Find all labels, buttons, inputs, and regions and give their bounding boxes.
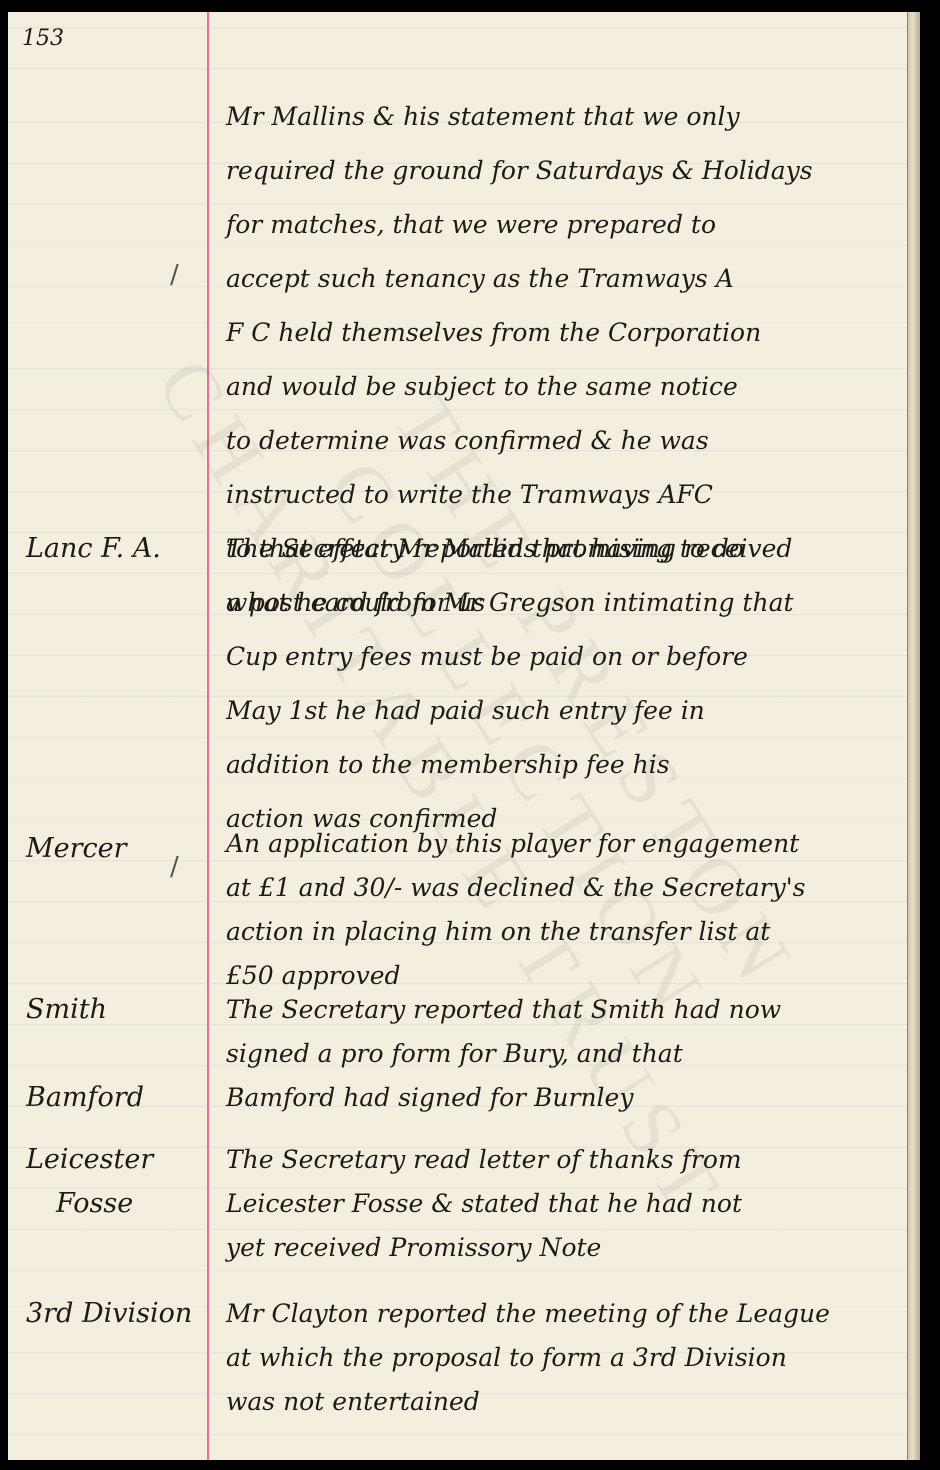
text-line: An application by this player for engage… bbox=[226, 822, 906, 866]
text-line: for matches, that we were prepared to bbox=[226, 198, 906, 252]
text-line: The Secretary read letter of thanks from bbox=[226, 1138, 906, 1182]
text-line: and would be subject to the same notice bbox=[226, 360, 906, 414]
text-line: Bamford had signed for Burnley bbox=[226, 1076, 906, 1120]
margin-heading: Lanc F. A. bbox=[26, 522, 196, 576]
text-line: F C held themselves from the Corporation bbox=[226, 306, 906, 360]
entry-body: Mr Clayton reported the meeting of the L… bbox=[226, 1292, 906, 1424]
text-line: The Secretary reported that Smith had no… bbox=[226, 988, 906, 1032]
text-line: yet received Promissory Note bbox=[226, 1226, 906, 1270]
entry-body: The Secretary reported that having recei… bbox=[226, 522, 906, 846]
margin-heading: Leicester Fosse bbox=[26, 1138, 196, 1226]
text-line: The Secretary reported that having recei… bbox=[226, 522, 906, 576]
margin-heading: Smith Bamford bbox=[26, 988, 196, 1120]
spacer bbox=[26, 1032, 196, 1076]
book-spine-edge bbox=[907, 12, 920, 1460]
ledger-page: THE PRESTON COLLECTION CHARITABLE TRUST … bbox=[8, 12, 920, 1460]
text-line: required the ground for Saturdays & Holi… bbox=[226, 144, 906, 198]
margin-heading-leicester: Leicester bbox=[26, 1138, 196, 1182]
text-line: at which the proposal to form a 3rd Divi… bbox=[226, 1336, 906, 1380]
text-line: action in placing him on the transfer li… bbox=[226, 910, 906, 954]
text-line: signed a pro form for Bury, and that bbox=[226, 1032, 906, 1076]
check-mark-icon: / bbox=[170, 852, 179, 882]
text-line: instructed to write the Tramways AFC bbox=[226, 468, 906, 522]
entry-body: An application by this player for engage… bbox=[226, 822, 906, 998]
margin-heading-bamford: Bamford bbox=[26, 1076, 196, 1120]
text-line: Mr Clayton reported the meeting of the L… bbox=[226, 1292, 906, 1336]
page-number: 153 bbox=[22, 26, 64, 51]
text-line: to determine was confirmed & he was bbox=[226, 414, 906, 468]
margin-heading: 3rd Division bbox=[26, 1292, 196, 1336]
text-line: a post card from Mr Gregson intimating t… bbox=[226, 576, 906, 630]
text-line: Leicester Fosse & stated that he had not bbox=[226, 1182, 906, 1226]
text-line: addition to the membership fee his bbox=[226, 738, 906, 792]
entry-body: The Secretary read letter of thanks from… bbox=[226, 1138, 906, 1270]
entry-body: The Secretary reported that Smith had no… bbox=[226, 988, 906, 1120]
margin-heading-fosse: Fosse bbox=[26, 1182, 196, 1226]
text-line: Mr Mallins & his statement that we only bbox=[226, 90, 906, 144]
text-line: accept such tenancy as the Tramways A bbox=[226, 252, 906, 306]
margin-heading-smith: Smith bbox=[26, 988, 196, 1032]
text-line: May 1st he had paid such entry fee in bbox=[226, 684, 906, 738]
check-mark-icon: / bbox=[170, 260, 179, 290]
text-line: was not entertained bbox=[226, 1380, 906, 1424]
text-line: at £1 and 30/- was declined & the Secret… bbox=[226, 866, 906, 910]
red-margin-rule bbox=[207, 12, 209, 1460]
text-line: Cup entry fees must be paid on or before bbox=[226, 630, 906, 684]
